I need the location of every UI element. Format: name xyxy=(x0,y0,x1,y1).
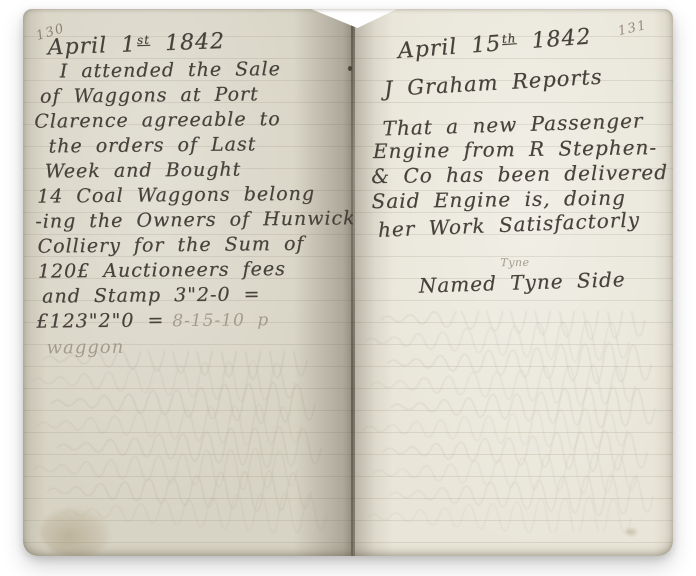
left-page-entry: April 1st 1842 I attended the Sale of Wa… xyxy=(33,23,351,360)
entry-date-left: April 1st 1842 xyxy=(47,19,349,61)
handwriting-line: Colliery for the Sum of xyxy=(37,231,350,259)
per-waggon-pencil: 8-15-10 p xyxy=(172,310,269,331)
date-ordinal: st xyxy=(137,33,150,47)
date-text: April 15 xyxy=(397,31,502,64)
date-year: 1842 xyxy=(517,24,593,54)
handwriting-line: & Co has been delivered xyxy=(371,160,671,189)
report-heading: J Graham Reports xyxy=(383,60,670,102)
ruled-lines-left xyxy=(23,9,353,556)
total-sum-line: £123"2"0 =8-15-10 p xyxy=(36,306,351,335)
pencil-note-waggon: waggon xyxy=(46,332,351,360)
photo-background: 130 April 1st 1842 I attended the Sale o… xyxy=(0,0,696,576)
journal-book: 130 April 1st 1842 I attended the Sale o… xyxy=(23,9,673,556)
handwriting-line: Week and Bought xyxy=(45,156,350,184)
ink-spot xyxy=(348,66,352,71)
page-number-left: 130 xyxy=(34,21,66,44)
handwriting-line: of Waggons at Port xyxy=(40,81,349,109)
date-ordinal: th xyxy=(501,31,517,46)
journal-page-left: 130 April 1st 1842 I attended the Sale o… xyxy=(23,9,353,556)
bleed-through-writing-left xyxy=(29,351,345,536)
handwriting-line: and Stamp 3"2-0 = xyxy=(42,281,351,309)
handwriting-line: 120£ Auctioneers fees xyxy=(38,256,351,284)
paper-stain-small xyxy=(623,527,639,537)
total-ink: £123"2"0 = xyxy=(36,309,164,332)
handwriting-line: 14 Coal Waggons belong xyxy=(37,181,350,209)
right-page-entry: April 15th 1842 J Graham Reports That a … xyxy=(369,21,673,297)
handwriting-line: the orders of Last xyxy=(48,131,349,159)
handwriting-line: Clarence agreeable to xyxy=(34,106,349,134)
book-spine-gutter xyxy=(351,9,355,556)
date-year: 1842 xyxy=(151,29,226,57)
handwriting-line: -ing the Owners of Hunwick xyxy=(35,206,350,234)
date-text: April 1 xyxy=(47,32,136,60)
bleed-through-writing-right xyxy=(361,311,661,533)
paper-stain xyxy=(41,507,111,556)
handwriting-line: I attended the Sale xyxy=(60,56,349,84)
